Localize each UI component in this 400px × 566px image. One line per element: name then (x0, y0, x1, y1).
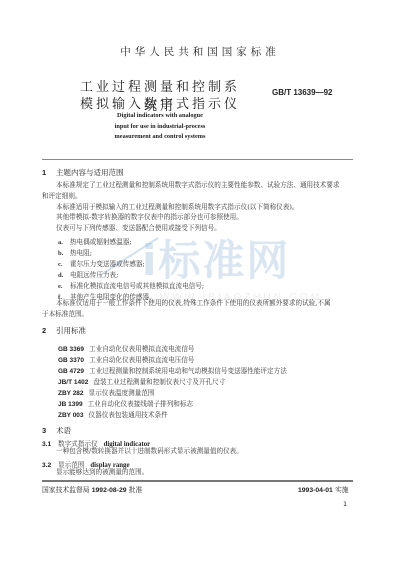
section-3-heading: 3术语 (42, 425, 71, 436)
list-item: b.热电阻; (58, 247, 92, 257)
paragraph: 于本标准范围。 (42, 309, 362, 320)
approval-label: 批准 (129, 486, 143, 494)
reference-code: JB/T 1402 (58, 379, 88, 386)
section-number: 3 (42, 426, 56, 435)
list-item: e.标准化模拟直流电信号或其他模拟直流电信号; (58, 280, 204, 290)
section-title: 主题内容与适用范围 (56, 168, 124, 177)
paragraph: 本标准仪适用于一般工作条件下使用的仪表,特殊工作条件下使用的仪表所额外要求的试验… (42, 298, 362, 309)
list-text: 热电偶或辐射感温器; (70, 238, 132, 246)
english-title-line: Digital indicators with analogue (80, 111, 240, 122)
section-1-body: 本标准规定了工业过程测量和控制系统用数字式指示仪的主要性能参数、试验方法、通用技… (42, 180, 357, 234)
list-item: a.热电偶或辐射感温器; (58, 236, 132, 246)
reference-item: JB 1399工业自动化仪表接线端子排列和标志 (58, 398, 193, 408)
section-title: 引用标准 (56, 326, 86, 335)
term-definition: 显示能够达到的被测量的范围。 (56, 467, 148, 478)
national-standard-label: 中华人民共和国国家标准 (0, 44, 400, 59)
reference-code: JB 1399 (58, 401, 83, 408)
reference-title: 工业自动化仪表用模拟直流电流信号 (89, 345, 195, 353)
section-1-closing: 本标准仪适用于一般工作条件下使用的仪表,特殊工作条件下使用的仪表所额外要求的试验… (42, 298, 362, 320)
list-label: e. (58, 283, 70, 290)
approval-info: 国家技术监督局 1992-08-29 批准 (42, 484, 142, 494)
reference-code: ZBY 282 (58, 390, 84, 397)
list-text: 标准化模拟直流电信号或其他模拟直流电信号; (70, 282, 204, 290)
section-2-heading: 2引用标准 (42, 325, 86, 336)
paragraph: 本标准适用于模拟输入的工业过程测量和控制系统用数字式指示仪(以下简称仪表)。 (42, 202, 357, 213)
reference-title: 盘装工业过程测量和控制仪表尺寸及开孔尺寸 (93, 378, 225, 386)
list-item: c.霍尔压力变送器或传感器; (58, 258, 145, 268)
reference-title: 仪器仪表包装通用技术条件 (89, 411, 168, 419)
approval-date: 1992-08-29 (92, 487, 127, 494)
reference-item: GB 3370工业自动化仪表用模拟直流电压信号 (58, 354, 195, 364)
reference-title: 显示仪表温度测量范围 (89, 389, 155, 397)
paragraph: 本标准规定了工业过程测量和控制系统用数字式指示仪的主要性能参数、试验方法、通用技… (42, 180, 357, 191)
header-divider (42, 159, 353, 160)
reference-title: 工业过程测量和控制系统用电动和气动模拟信号变送器性能评定方法 (89, 367, 287, 375)
list-label: b. (58, 250, 70, 257)
list-label: d. (58, 272, 70, 279)
section-title: 术语 (56, 426, 71, 435)
reference-item: ZBY 282显示仪表温度测量范围 (58, 387, 154, 397)
page-number: 1 (343, 500, 347, 508)
section-1-heading: 1主题内容与适用范围 (42, 167, 124, 178)
reference-title: 工业自动化仪表接线端子排列和标志 (88, 400, 194, 408)
effective-date: 1993-04-01 (298, 487, 333, 494)
reference-item: ZBY 003仪器仪表包装通用技术条件 (58, 409, 168, 419)
reference-code: GB 3369 (58, 346, 84, 353)
title-line-2: 模拟输入数字式指示仪 (80, 93, 240, 112)
section-number: 1 (42, 168, 56, 177)
watermark-logo: i标准网 (142, 228, 290, 288)
list-text: 电阻远传压力表; (70, 271, 118, 279)
list-item: d.电阻远传压力表; (58, 269, 118, 279)
effective-info: 1993-04-01 实施 (298, 484, 349, 494)
paragraph: 和评定细则。 (42, 191, 357, 202)
reference-item: JB/T 1402盘装工业过程测量和控制仪表尺寸及开孔尺寸 (58, 376, 225, 386)
approval-org: 国家技术监督局 (42, 486, 90, 494)
list-label: a. (58, 239, 70, 246)
reference-code: GB 4729 (58, 368, 84, 375)
effective-label: 实施 (335, 486, 349, 494)
reference-title: 工业自动化仪表用模拟直流电压信号 (89, 356, 195, 364)
list-label: c. (58, 261, 70, 268)
list-text: 热电阻; (70, 249, 92, 257)
english-title-line: input for use in industrial-process (80, 122, 240, 133)
standard-number: GB/T 13639—92 (272, 88, 332, 97)
reference-item: GB 4729工业过程测量和控制系统用电动和气动模拟信号变送器性能评定方法 (58, 365, 287, 375)
paragraph: 其他带模拟-数字转换器的数字仪表中的指示部分也可参照使用。 (42, 212, 357, 223)
paragraph: 仪表可与下列传感器、变送器配合使用或接受下列信号。 (42, 223, 357, 234)
section-number: 2 (42, 326, 56, 335)
reference-code: ZBY 003 (58, 412, 84, 419)
english-title-line: measurement and control systems (80, 132, 240, 143)
footer-divider (42, 480, 353, 482)
reference-code: GB 3370 (58, 357, 84, 364)
term-definition: 一种包含模/数转换器并以十进制数码形式显示被测量值的仪表。 (56, 446, 243, 457)
english-title: Digital indicators with analogue input f… (80, 111, 240, 143)
reference-item: GB 3369工业自动化仪表用模拟直流电流信号 (58, 343, 195, 353)
list-text: 霍尔压力变送器或传感器; (70, 260, 145, 268)
